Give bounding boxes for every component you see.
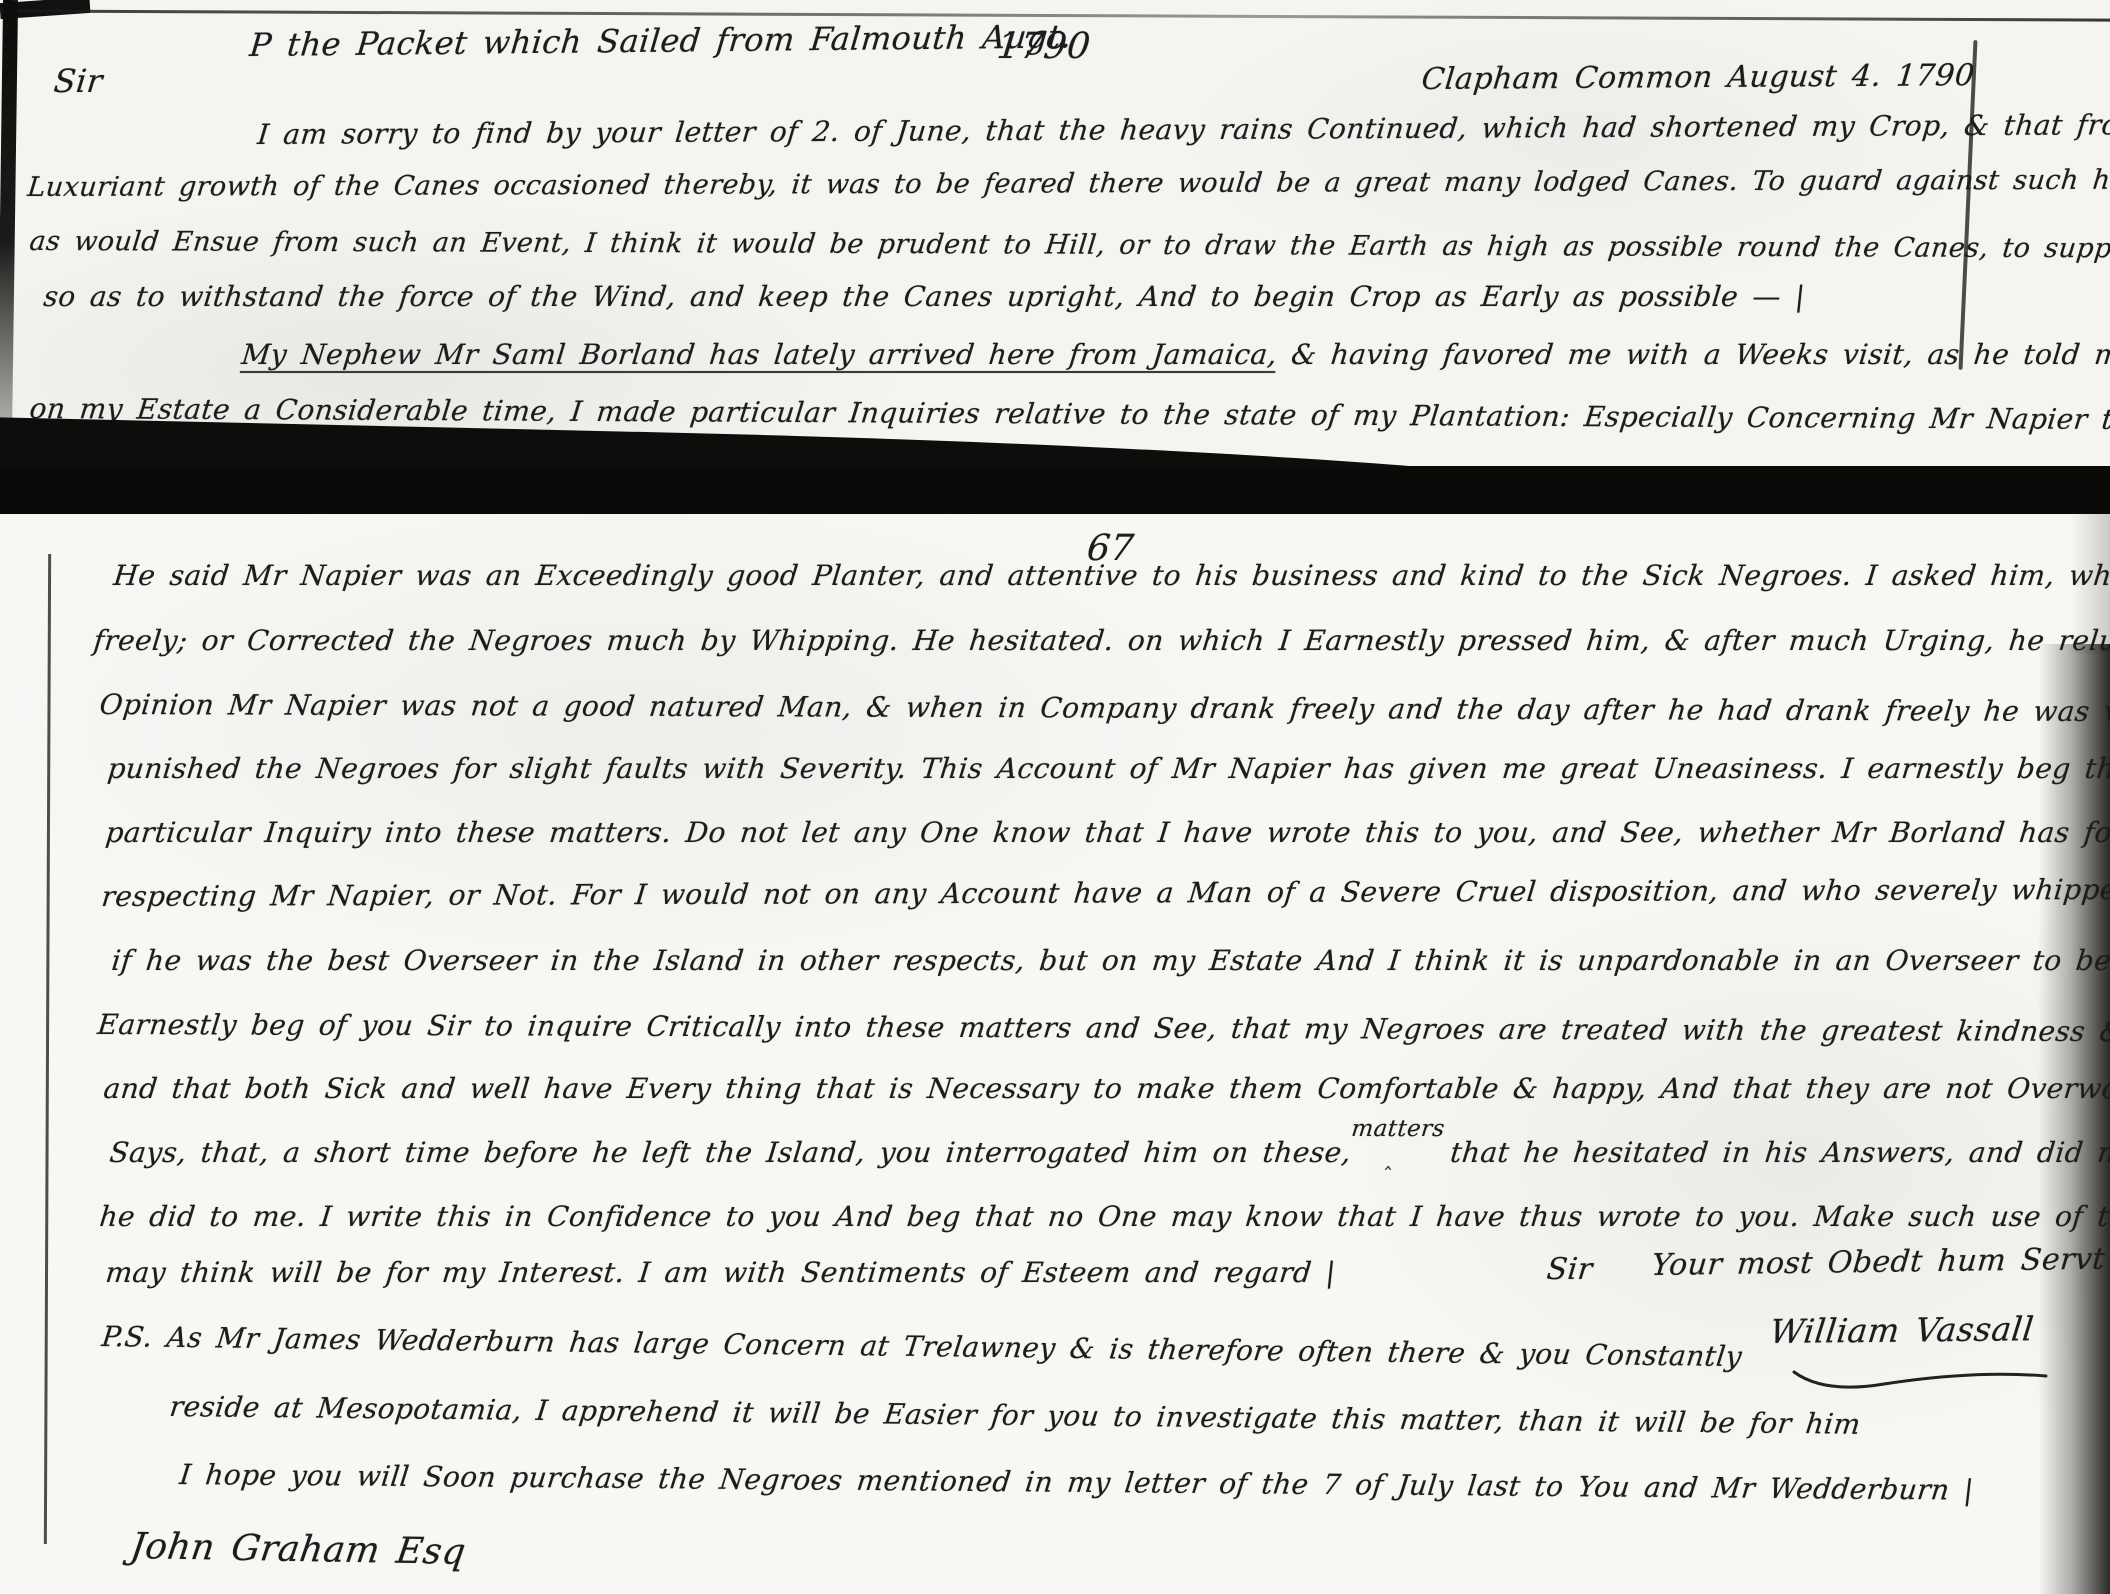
dateline: Clapham Common August 4. 1790 [1420,58,1976,97]
body-line: he did to me. I write this in Confidence… [98,1200,2110,1233]
body-line: if he was the best Overseer in the Islan… [110,944,2110,977]
binding-edge-shadow [0,0,18,440]
letter-page-top: P the Packet which Sailed from Falmouth … [0,0,2110,466]
body-line: Earnestly beg of you Sir to inquire Crit… [96,1008,2110,1049]
body-line: particular Inquiry into these matters. D… [104,816,2110,849]
body-line-continuation: & having favored me with a Weeks visit, … [1275,338,2110,371]
letter-page-bottom: 67 He said Mr Napier was an Exceedingly … [0,514,2110,1594]
closing-line: may think will be for my Interest. I am … [104,1256,1337,1289]
document-scan: P the Packet which Sailed from Falmouth … [0,0,2110,1594]
page-edge-shadow [2038,644,2110,1594]
postscript-line: reside at Mesopotamia, I apprehend it wi… [168,1390,1862,1441]
closing-sir: Sir [1545,1252,1594,1287]
signature: William Vassall [1768,1309,2036,1351]
postscript-line: I hope you will Soon purchase the Negroe… [178,1458,1976,1507]
body-line: I am sorry to find by your letter of 2. … [256,108,2110,151]
heading-year: 1790 [995,26,1093,67]
addressee: John Graham Esq [128,1526,468,1573]
body-line: Says, that, a short time before he left … [108,1136,2110,1169]
body-line-before-insert: Says, that, a short time before he left … [108,1136,1353,1169]
body-line: My Nephew Mr Saml Borland has lately arr… [240,338,2110,371]
heading-ship-note: P the Packet which Sailed from Falmouth … [248,17,1074,64]
body-line: Luxuriant growth of the Canes occasioned… [26,164,2110,203]
body-line: punished the Negroes for slight faults w… [106,752,2110,785]
body-line: so as to withstand the force of the Wind… [42,280,1807,313]
body-line: Opinion Mr Napier was not a good natured… [98,688,2110,729]
postscript-line: P.S. As Mr James Wedderburn has large Co… [100,1320,1744,1373]
salutation: Sir [52,62,105,100]
closing-compliment: Your most Obedt hum Servt [1650,1242,2106,1283]
body-line: He said Mr Napier was an Exceedingly goo… [112,559,2110,592]
binding-edge-line [44,554,51,1544]
body-line-after-insert: that he hesitated in his Answers, and di… [1434,1136,2110,1169]
underlined-phrase: My Nephew Mr Saml Borland has lately arr… [240,338,1279,371]
body-line: and that both Sick and well have Every t… [102,1072,2110,1105]
signature-flourish [1790,1362,2050,1392]
body-line: as would Ensue from such an Event, I thi… [28,226,2110,266]
scan-divider-bar [0,466,2110,514]
inserted-word: matters [1350,1116,1446,1142]
body-line: respecting Mr Napier, or Not. For I woul… [100,872,2110,913]
body-line: freely; or Corrected the Negroes much by… [92,624,2110,657]
